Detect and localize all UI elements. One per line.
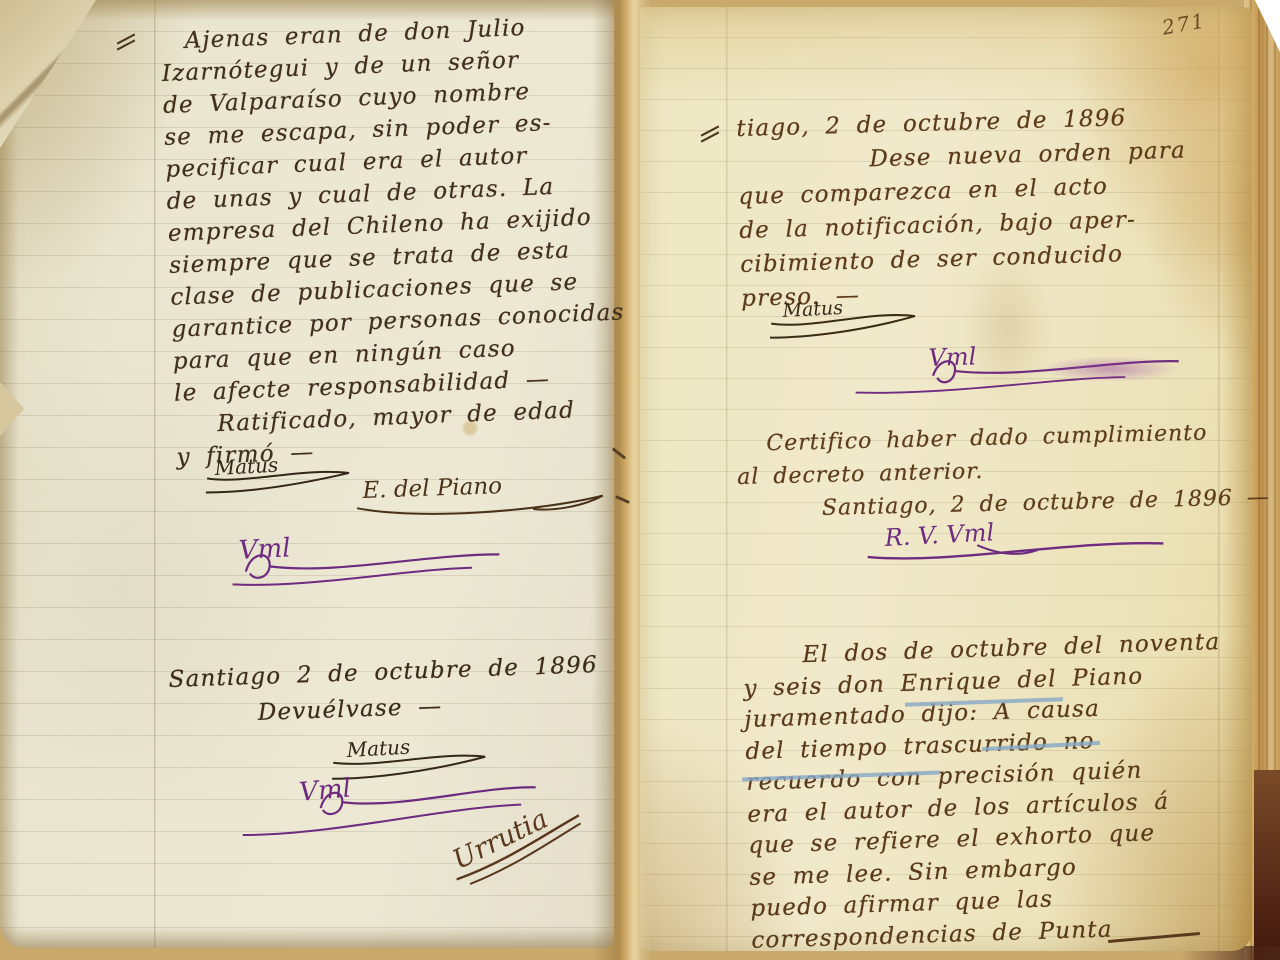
signature-matus: Matus [782, 297, 843, 322]
rubric-purple: Vml [238, 533, 291, 566]
binding-stitch [615, 495, 630, 504]
signature-clerk-purple: R. V. Vml [884, 518, 995, 552]
manuscript-scan: Ajenas eran de don JulioIzarnótegui y de… [0, 0, 1280, 960]
left-body-text: Ajenas eran de don JulioIzarnótegui y de… [160, 9, 630, 474]
folded-corner [0, 0, 96, 148]
rubric-purple: Vml [298, 773, 352, 807]
signature-del-piano: E. del Piano [362, 473, 502, 504]
right-certification-text: Certifico haber dado cumplimientoal decr… [736, 415, 1270, 527]
signature-matus: Matus [346, 735, 411, 762]
right-decree-text: tiago, 2 de octubre de 1896Dese nueva or… [736, 99, 1190, 315]
left-edge-fold [0, 382, 24, 436]
book-cover-edge [1254, 770, 1280, 960]
rubric-purple: Vml [928, 342, 977, 372]
left-closing-text: Santiago 2 de octubre de 1896Devuélvase … [168, 647, 600, 734]
right-deposition-text: El dos de octubre del noventay seis don … [742, 627, 1230, 957]
signature-matus: Matus [214, 453, 279, 480]
